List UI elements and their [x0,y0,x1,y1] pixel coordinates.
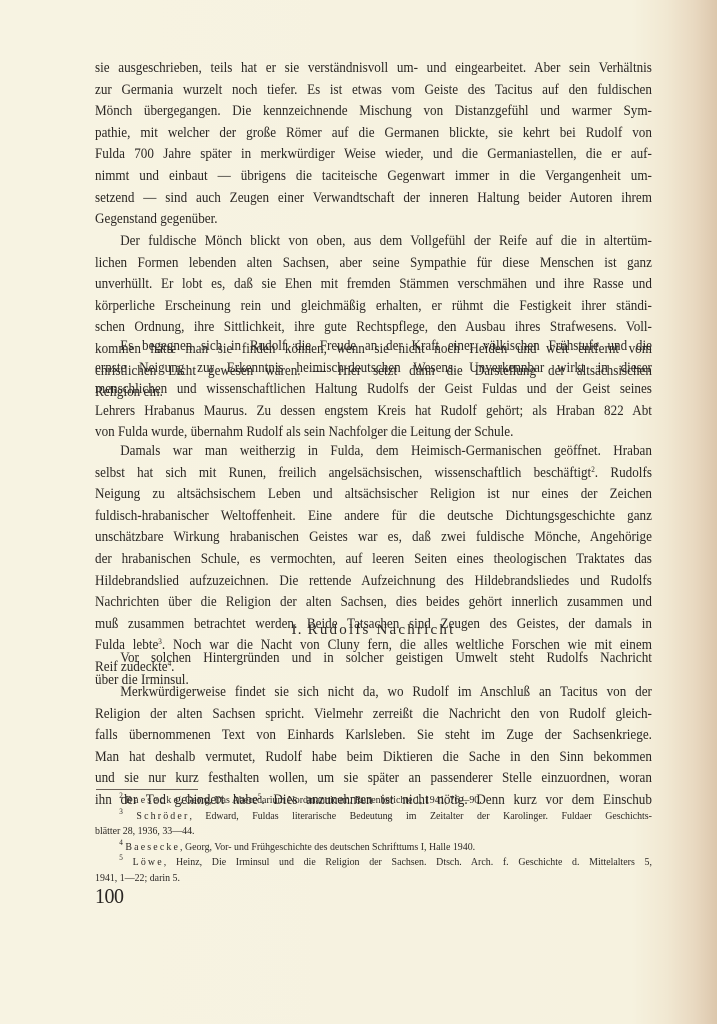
text-line: Hildebrandslied aufzuzeichnen. Die rette… [95,571,652,593]
footnote-text: , Georg, Vor- und Frühgeschichte des deu… [180,841,475,853]
text-line: Es begegnen sich in Rudolf die Freude an… [95,336,652,358]
text-line: setzend — sind auch Zeugen einer Verwand… [95,188,652,210]
footnote-number: 3 [119,807,123,816]
text-line: selbst hat sich mit Runen, freilich ange… [95,463,652,485]
footnote-author: Baesecke [125,794,180,806]
footnote-2: 2 Baesecke, Georg, Das Abecedarium Nordm… [95,793,652,809]
page-number: 100 [95,884,124,909]
footnote-5-continuation: 1941, 1—22; darin 5. [95,871,652,887]
text-line: Merkwürdigerweise findet sie sich nicht … [95,682,652,704]
paragraph-4: Damals war man weitherzig in Fulda, dem … [95,441,652,679]
footnote-3-continuation: blätter 28, 1936, 33—44. [95,824,652,840]
text-line: lichen Formen lebenden alten Sachsen, ab… [95,253,652,275]
footnotes: 2 Baesecke, Georg, Das Abecedarium Nordm… [95,793,652,886]
footnote-divider [96,789,198,790]
text-line: pathie, mit welcher der große Römer auf … [95,123,652,145]
text-line: der hrabanischen Schule, es vermochten, … [95,549,652,571]
footnote-author: Schröder [136,810,189,822]
text-line: falls übernommenen Text von Einhards Kar… [95,725,652,747]
text-line: Man hat deshalb vermutet, Rudolf habe be… [95,747,652,769]
footnote-author: Baesecke [125,841,180,853]
text-line: körperliche Erscheinung rein und gleichm… [95,296,652,318]
text-line: Fulda 700 Jahre später in merkwürdiger W… [95,144,652,166]
text-line: und sie nur kurz festhalten wollen, um s… [95,768,652,790]
text-line: Religion der alten Sachsen spricht. Viel… [95,704,652,726]
footnote-3: 3 Schröder, Edward, Fuldas literarische … [95,809,652,825]
footnote-5: 5 Löwe, Heinz, Die Irminsul und die Reli… [95,855,652,871]
text-line: menschlichen und wissenschaftlichen Halt… [95,379,652,401]
book-page: sie ausgeschrieben, teils hat er sie ver… [0,0,717,1024]
text-line: fuldisch-hrabanischer Weltoffenheit. Ein… [95,506,652,528]
text-line: Gegenstand gegenüber. [95,209,652,231]
footnote-number: 4 [119,838,123,847]
paragraph-3: Es begegnen sich in Rudolf die Freude an… [95,336,652,444]
footnote-4: 4 Baesecke, Georg, Vor- und Frühgeschich… [95,840,652,856]
text-line: nimmt und einbaut — übrigens die tacitei… [95,166,652,188]
footnote-text: , Heinz, Die Irminsul und die Religion d… [164,856,652,868]
section-heading: I. Rudolfs Nachricht [95,622,652,639]
paragraph-1: sie ausgeschrieben, teils hat er sie ver… [95,58,652,231]
text-line: zur Germania wurzelt noch tiefer. Es ist… [95,80,652,102]
text-line: sie ausgeschrieben, teils hat er sie ver… [95,58,652,80]
text-line: Damals war man weitherzig in Fulda, dem … [95,441,652,463]
footnote-number: 2 [119,791,123,800]
text-line: unschätzbare Wirkung hrabanischen Geiste… [95,527,652,549]
text-line: Lehrers Hrabanus Maurus. Zu dessen engst… [95,401,652,423]
text-segment: . Rudolfs [595,465,652,481]
section-title: Rudolfs Nachricht [308,622,456,638]
text-line: Neigung zu altsächsischem Leben und alts… [95,484,652,506]
footnote-author: Löwe [133,856,164,868]
text-segment: selbst hat sich mit Runen, freilich ange… [95,465,591,481]
text-line: Nachrichten über die Religion der alten … [95,592,652,614]
footnote-number: 5 [119,853,123,862]
text-line: Mönch übergegangen. Die kennzeichnende M… [95,101,652,123]
text-line: Vor solchen Hintergründen und in solcher… [95,648,652,670]
footnote-text: , Georg, Das Abecedarium Nordmannicum. R… [180,794,482,806]
text-line: unverhüllt. Er lobt es, daß sie Ehen mit… [95,274,652,296]
text-line: Der fuldische Mönch blickt von oben, aus… [95,231,652,253]
text-line: ernste Neigung zur Erkenntnis heimisch-d… [95,358,652,380]
footnote-text: , Edward, Fuldas literarische Bedeutung … [189,810,652,822]
section-number: I. [292,622,303,638]
